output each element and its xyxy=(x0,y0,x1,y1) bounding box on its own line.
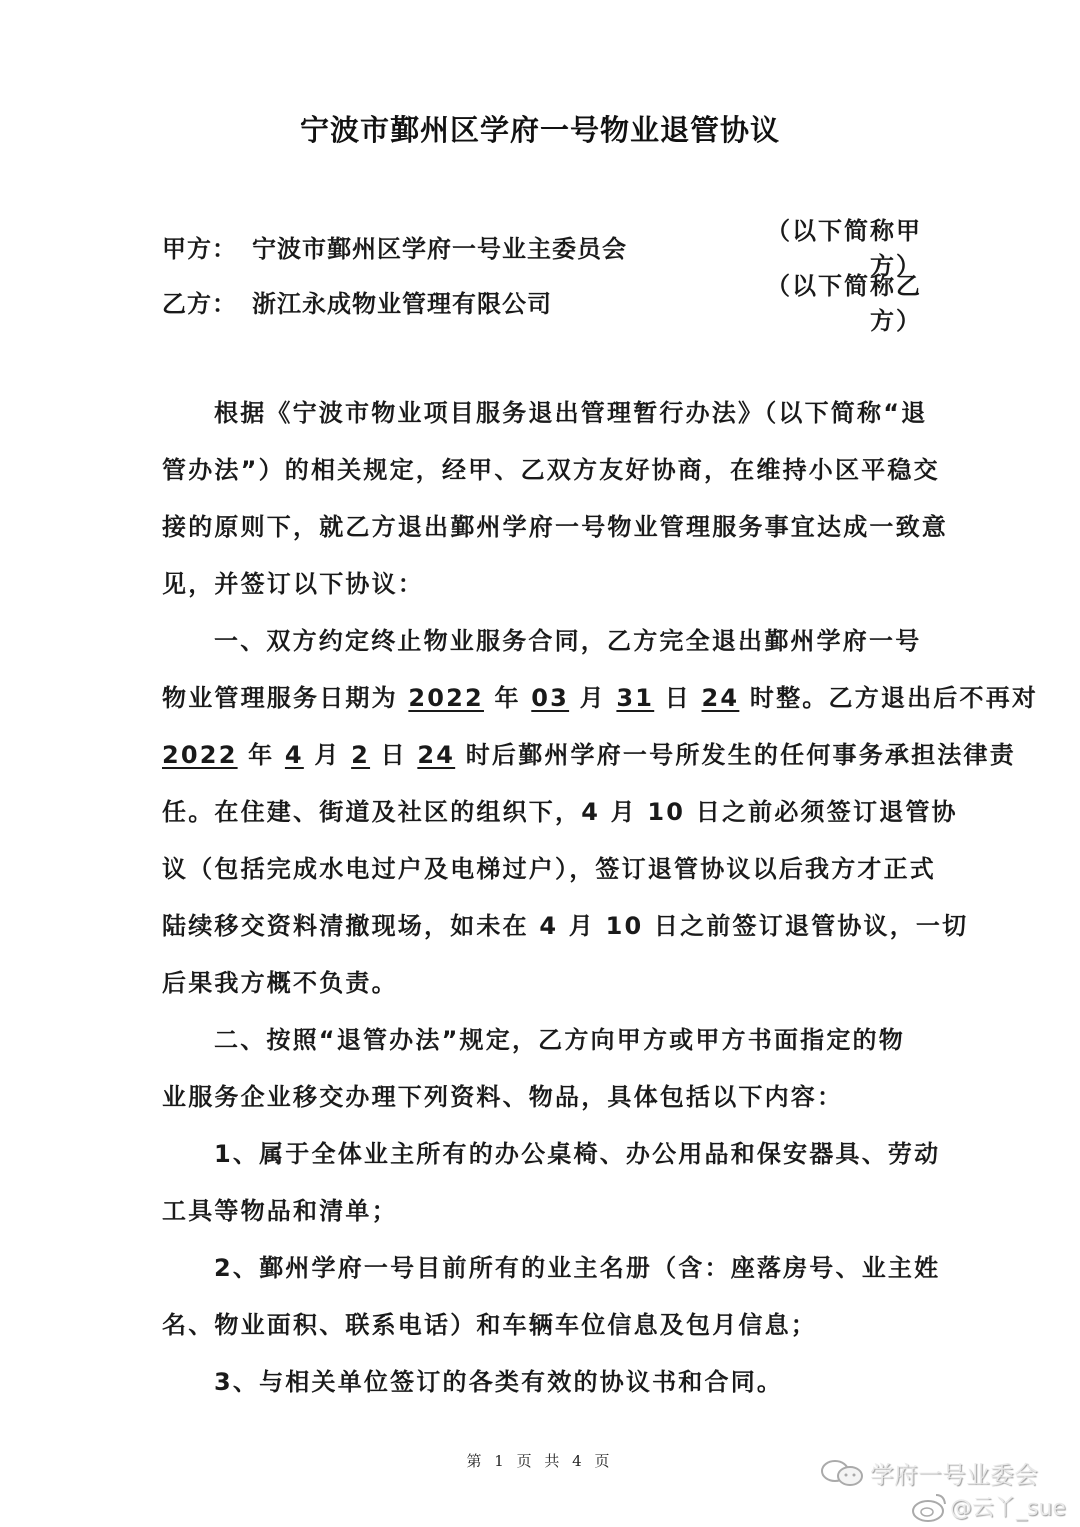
underlined-date-value: 24 xyxy=(702,684,740,712)
underlined-date-value: 03 xyxy=(531,684,569,712)
underlined-date-value: 24 xyxy=(417,741,455,769)
body-line: 名、物业面积、联系电话）和车辆车位信息及包月信息； xyxy=(162,1308,922,1342)
text-segment: 日 xyxy=(370,741,417,769)
body-line: 2、鄞州学府一号目前所有的业主名册（含：座落房号、业主姓 xyxy=(162,1251,922,1285)
party-b-label: 乙方： xyxy=(162,284,252,319)
watermark-account: 学府一号业委会 xyxy=(870,1455,1038,1490)
body-line: 一、双方约定终止物业服务合同，乙方完全退出鄞州学府一号 xyxy=(162,624,922,658)
party-a: 甲方： 宁波市鄞州区学府一号业主委员会 （以下简称甲方） xyxy=(162,226,922,266)
body-line: 后果我方概不负责。 xyxy=(162,966,922,1000)
party-a-name: 宁波市鄞州区学府一号业主委员会 xyxy=(252,229,732,264)
watermark: 学府一号业委会 @云丫_sue xyxy=(810,1455,1070,1525)
body-line: 二、按照“退管办法”规定，乙方向甲方或甲方书面指定的物 xyxy=(162,1023,922,1057)
text-segment: 月 xyxy=(569,684,616,712)
underlined-date-value: 4 xyxy=(285,741,304,769)
body-line: 议（包括完成水电过户及电梯过户），签订退管协议以后我方才正式 xyxy=(162,852,922,886)
text-segment: 月 xyxy=(304,741,351,769)
wechat-icon xyxy=(820,1459,866,1489)
body-line: 业服务企业移交办理下列资料、物品，具体包括以下内容： xyxy=(162,1080,922,1114)
body-line: 工具等物品和清单； xyxy=(162,1194,922,1228)
text-segment: 日 xyxy=(654,684,701,712)
body-line: 陆续移交资料清撤现场，如未在 4 月 10 日之前签订退管协议，一切 xyxy=(162,909,922,943)
body-line: 物业管理服务日期为 2022 年 03 月 31 日 24 时整。乙方退出后不再… xyxy=(162,681,922,715)
body-line: 管办法”）的相关规定，经甲、乙双方友好协商，在维持小区平稳交 xyxy=(162,453,922,487)
weibo-icon xyxy=(910,1489,950,1523)
text-segment: 物业管理服务日期为 xyxy=(162,684,408,712)
text-segment: 时后鄞州学府一号所发生的任何事务承担法律责 xyxy=(455,741,1016,769)
party-b-name: 浙江永成物业管理有限公司 xyxy=(252,284,732,319)
document-title: 宁波市鄞州区学府一号物业退管协议 xyxy=(0,108,1080,149)
party-b: 乙方： 浙江永成物业管理有限公司 （以下简称乙方） xyxy=(162,281,922,321)
text-segment: 年 xyxy=(238,741,285,769)
watermark-handle: @云丫_sue xyxy=(950,1491,1066,1522)
body-line: 接的原则下，就乙方退出鄞州学府一号物业管理服务事宜达成一致意 xyxy=(162,510,922,544)
underlined-date-value: 2 xyxy=(351,741,370,769)
text-segment: 时整。乙方退出后不再对 xyxy=(739,684,1038,712)
body-line: 3、与相关单位签订的各类有效的协议书和合同。 xyxy=(162,1365,922,1399)
party-b-abbr: （以下简称乙方） xyxy=(732,266,922,336)
body-line: 1、属于全体业主所有的办公桌椅、办公用品和保安器具、劳动 xyxy=(162,1137,922,1171)
underlined-date-value: 2022 xyxy=(162,741,238,769)
body-line: 2022 年 4 月 2 日 24 时后鄞州学府一号所发生的任何事务承担法律责 xyxy=(162,738,922,772)
party-a-label: 甲方： xyxy=(162,229,252,264)
underlined-date-value: 2022 xyxy=(408,684,484,712)
underlined-date-value: 31 xyxy=(616,684,654,712)
body-line: 根据《宁波市物业项目服务退出管理暂行办法》（以下简称“退 xyxy=(162,396,922,430)
document-page: 宁波市鄞州区学府一号物业退管协议 甲方： 宁波市鄞州区学府一号业主委员会 （以下… xyxy=(0,0,1080,1527)
body-line: 任。在住建、街道及社区的组织下，4 月 10 日之前必须签订退管协 xyxy=(162,795,922,829)
text-segment: 年 xyxy=(484,684,531,712)
body-line: 见，并签订以下协议： xyxy=(162,567,922,601)
